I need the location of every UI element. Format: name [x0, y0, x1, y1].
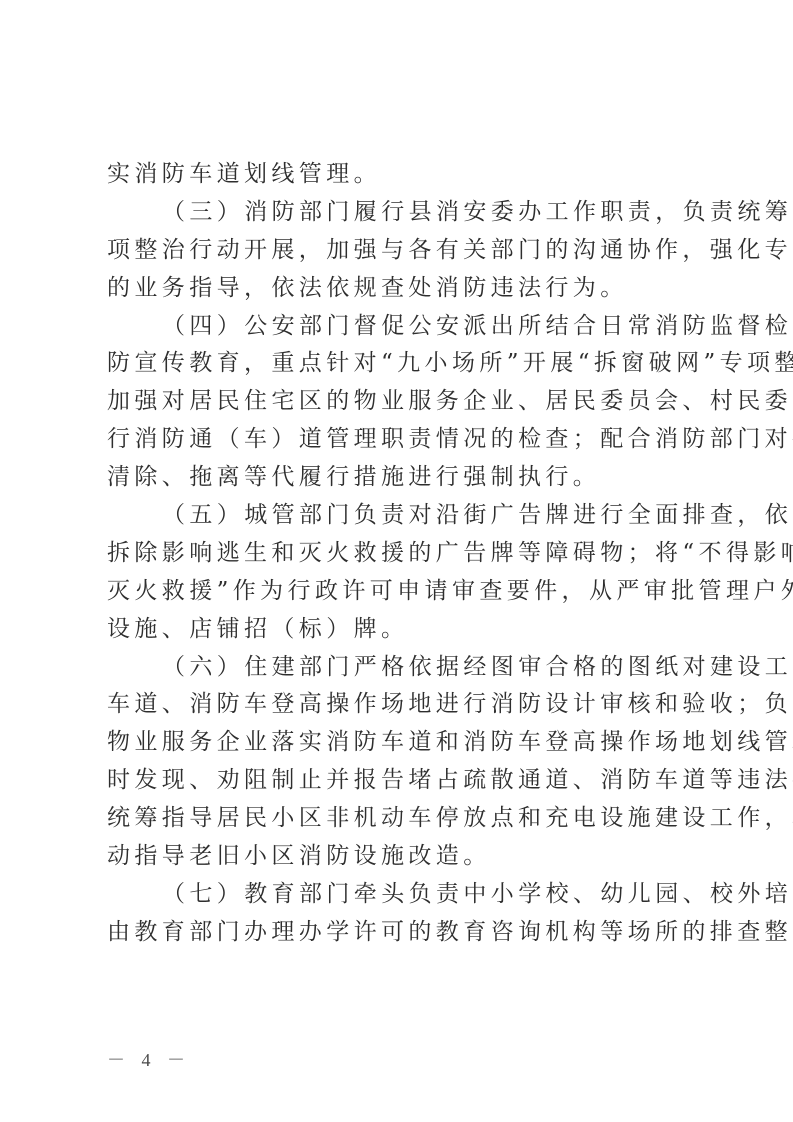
paragraph-continuation: 实消防车道划线管理。 — [107, 156, 697, 194]
text-line: 清除、拖离等代履行措施进行强制执行。 — [107, 459, 697, 497]
text-line: （四）公安部门督促公安派出所结合日常消防监督检查和消 — [107, 308, 697, 346]
text-line: 行消防通（车）道管理职责情况的检查；配合消防部门对拆除、 — [107, 421, 697, 459]
text-line: 实消防车道划线管理。 — [107, 156, 697, 194]
text-line: 车道、消防车登高操作场地进行消防设计审核和验收；负责督促 — [107, 686, 697, 724]
text-line: 动指导老旧小区消防设施改造。 — [107, 838, 697, 876]
page-number: － 4 － — [107, 1046, 191, 1072]
text-line: （六）住建部门严格依据经图审合格的图纸对建设工程消防 — [107, 649, 697, 687]
text-line: 统筹指导居民小区非机动车停放点和充电设施建设工作，积极推 — [107, 800, 697, 838]
text-line: 的业务指导，依法依规查处消防违法行为。 — [107, 270, 697, 308]
text-line: 加强对居民住宅区的物业服务企业、居民委员会、村民委员会履 — [107, 383, 697, 421]
paragraph-housing-construction: （六）住建部门严格依据经图审合格的图纸对建设工程消防 车道、消防车登高操作场地进… — [107, 649, 697, 876]
paragraph-public-security: （四）公安部门督促公安派出所结合日常消防监督检查和消 防宣传教育，重点针对“九小… — [107, 308, 697, 497]
text-line: （五）城管部门负责对沿街广告牌进行全面排查，依法牵头 — [107, 497, 697, 535]
text-line: （七）教育部门牵头负责中小学校、幼儿园、校外培训机构、 — [107, 876, 697, 914]
text-line: 灭火救援”作为行政许可申请审查要件，从严审批管理户外广告 — [107, 573, 697, 611]
paragraph-education: （七）教育部门牵头负责中小学校、幼儿园、校外培训机构、 由教育部门办理办学许可的… — [107, 876, 697, 952]
text-line: 防宣传教育，重点针对“九小场所”开展“拆窗破网”专项整治； — [107, 345, 697, 383]
text-line: 物业服务企业落实消防车道和消防车登高操作场地划线管理，及 — [107, 724, 697, 762]
text-line: 时发现、劝阻制止并报告堵占疏散通道、消防车道等违法行为； — [107, 762, 697, 800]
document-page: 实消防车道划线管理。 （三）消防部门履行县消安委办工作职责，负责统筹协调专 项整… — [0, 0, 793, 1122]
paragraph-urban-management: （五）城管部门负责对沿街广告牌进行全面排查，依法牵头 拆除影响逃生和灭火救援的广… — [107, 497, 697, 649]
text-line: 由教育部门办理办学许可的教育咨询机构等场所的排查整治。 — [107, 914, 697, 952]
document-body: 实消防车道划线管理。 （三）消防部门履行县消安委办工作职责，负责统筹协调专 项整… — [107, 156, 697, 952]
paragraph-fire-department: （三）消防部门履行县消安委办工作职责，负责统筹协调专 项整治行动开展，加强与各有… — [107, 194, 697, 308]
text-line: 项整治行动开展，加强与各有关部门的沟通协作，强化专项行动 — [107, 232, 697, 270]
text-line: 拆除影响逃生和灭火救援的广告牌等障碍物；将“不得影响逃生、 — [107, 535, 697, 573]
text-line: 设施、店铺招（标）牌。 — [107, 611, 697, 649]
text-line: （三）消防部门履行县消安委办工作职责，负责统筹协调专 — [107, 194, 697, 232]
